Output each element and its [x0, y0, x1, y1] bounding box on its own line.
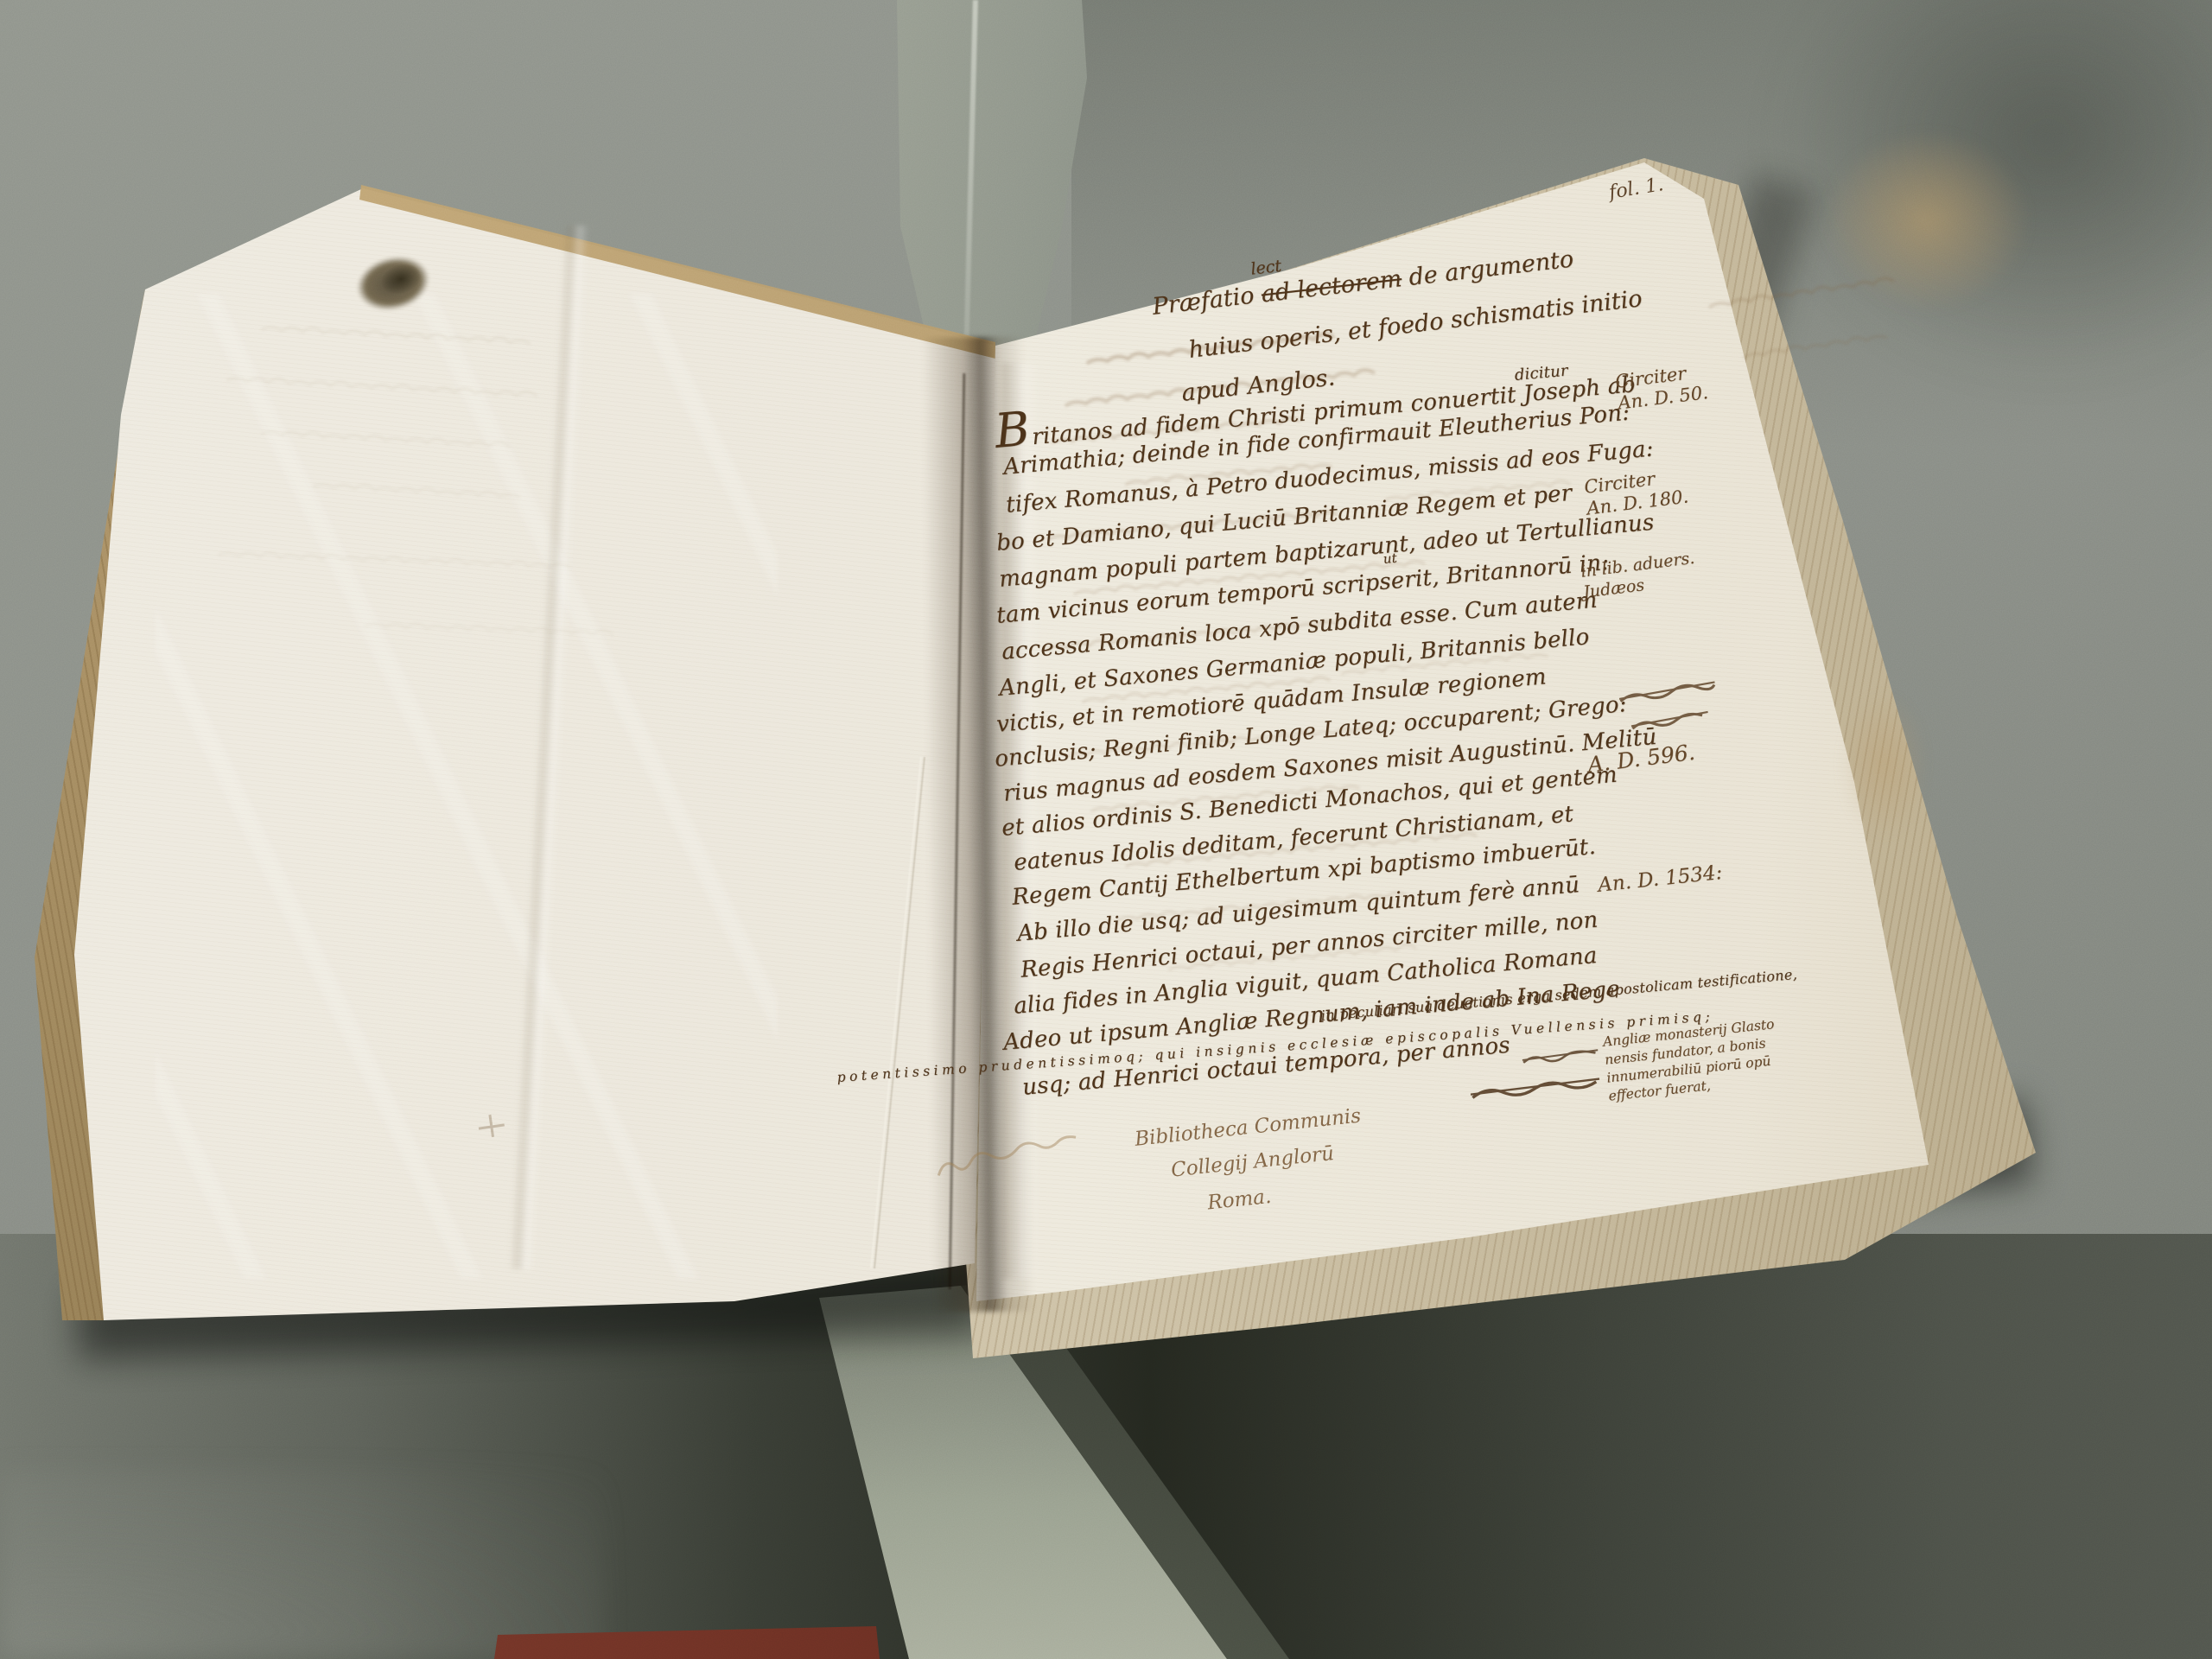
pen-mark: [471, 1105, 512, 1149]
interlinear-correction: lect: [1249, 257, 1282, 279]
mat-light-corner: [0, 1469, 605, 1659]
manuscript-photo-scene: fol. 1. Præfatio ad lectorem de argument…: [0, 0, 2212, 1659]
repair-tissue-line: [864, 753, 937, 1275]
paper-stain: [1840, 691, 1927, 838]
